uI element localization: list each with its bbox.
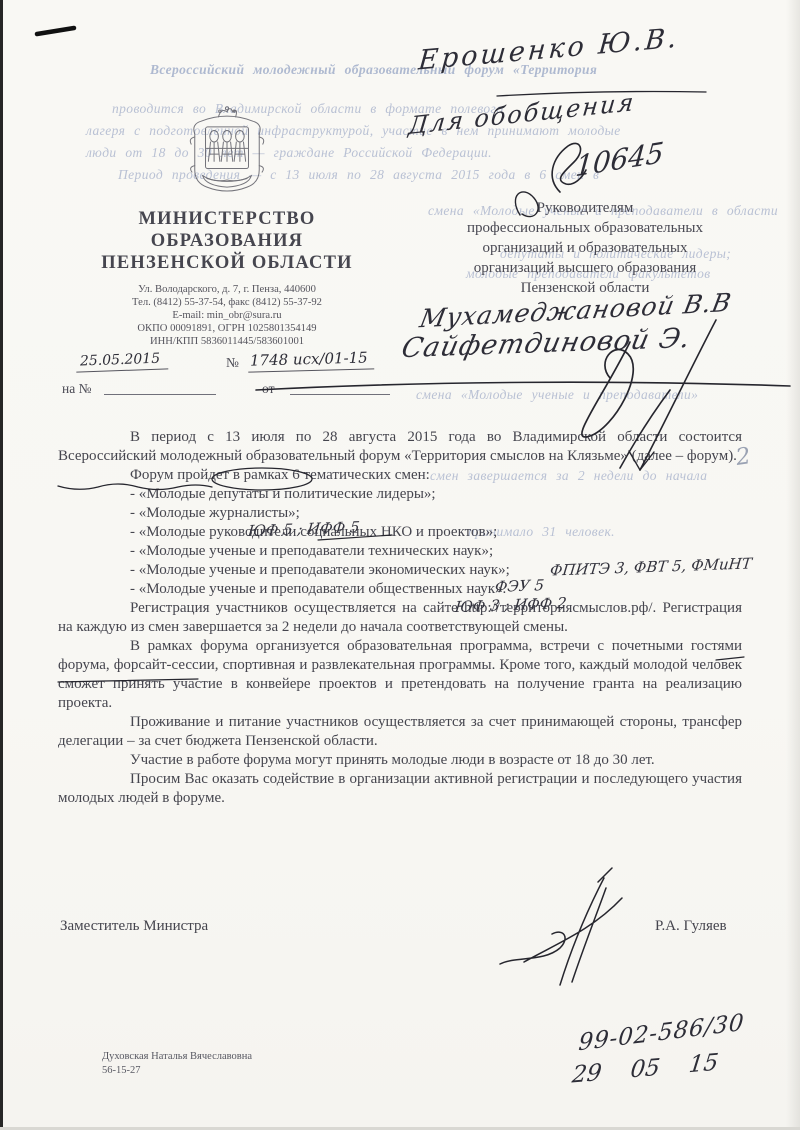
bleedthrough-fragment: смена «Молодые ученые и преподаватели» (416, 387, 698, 403)
handwritten-bottom-date: 29 05 15 (571, 1049, 720, 1088)
handwritten-margin-mark: 2 (734, 443, 752, 471)
handwritten-note-economic: ФЭУ 5 (494, 576, 545, 596)
org-address-line: Тел. (8412) 55-37-54, факс (8412) 55-37-… (62, 296, 392, 309)
ref-number-label: на № (62, 381, 91, 397)
handwritten-incoming-number: 10645 (574, 136, 665, 184)
minister-signature (500, 868, 622, 985)
ref-from-label: от (262, 381, 274, 397)
signer-position: Заместитель Министра (60, 918, 208, 935)
org-address-line: ОКПО 00091891, ОГРН 1025801354149 (62, 322, 392, 335)
body-paragraph: Регистрация участников осуществляется на… (58, 599, 742, 637)
body-paragraph: Просим Вас оказать содействие в организа… (58, 770, 742, 808)
org-address-line: ИНН/КПП 5836011445/583601001 (62, 335, 392, 348)
org-name-line: ОБРАЗОВАНИЯ (62, 230, 392, 252)
body-paragraph: - «Молодые руководители социальных НКО и… (58, 523, 742, 542)
executor-block: Духовская Наталья Вячеславовна 56-15-27 (102, 1050, 252, 1078)
recipient-line: организаций высшего образования (425, 258, 745, 278)
body-paragraph: - «Молодые ученые и преподаватели общест… (58, 580, 742, 599)
recipient-line: профессиональных образовательных (425, 218, 745, 238)
body-paragraph: Проживание и питание участников осуществ… (58, 713, 742, 751)
scan-edge-right (786, 0, 800, 1130)
handwritten-date: 25.05.2015 (76, 350, 169, 372)
ref-from-blank (290, 394, 390, 395)
number-sign-label: № (226, 355, 239, 371)
org-name-line: МИНИСТЕРСТВО (62, 208, 392, 230)
ref-number-blank (104, 394, 216, 395)
body-paragraph: Участие в работе форума могут принять мо… (58, 751, 742, 770)
recipient-line: организаций и образовательных (425, 238, 745, 258)
executor-phone: 56-15-27 (102, 1064, 252, 1078)
body-paragraph: В рамках форума организуется образовател… (58, 637, 742, 713)
body-paragraph: Форум пройдет в рамках 6 тематических см… (58, 466, 742, 485)
letter-body: В период с 13 июля по 28 августа 2015 го… (58, 428, 742, 808)
org-address-line: E-mail: min_obr@sura.ru (62, 309, 392, 322)
scanned-letter-page: Всероссийский молодежный образовательный… (0, 0, 800, 1130)
org-name-line: ПЕНЗЕНСКОЙ ОБЛАСТИ (62, 252, 392, 274)
scan-edge-left (0, 0, 3, 1130)
body-paragraph: - «Молодые журналисты»; (58, 504, 742, 523)
recipient-block: Руководителямпрофессиональных образовате… (425, 198, 745, 298)
letterhead: МИНИСТЕРСТВООБРАЗОВАНИЯПЕНЗЕНСКОЙ ОБЛАСТ… (62, 104, 392, 348)
org-address-line: Ул. Володарского, д. 7, г. Пенза, 440600 (62, 283, 392, 296)
signer-name: Р.А. Гуляев (655, 918, 727, 935)
reference-number-line: на № от (58, 381, 398, 401)
org-address: Ул. Володарского, д. 7, г. Пенза, 440600… (62, 283, 392, 348)
handwritten-outgoing-number: 1748 исх/01-15 (248, 348, 374, 372)
body-paragraph: - «Молодые депутаты и политические лидер… (58, 485, 742, 504)
penza-coat-of-arms-icon (184, 104, 270, 200)
recipient-line: Руководителям (425, 198, 745, 218)
handwritten-bottom-number: 99-02-586/30 (577, 1010, 745, 1057)
body-paragraph: В период с 13 июля по 28 августа 2015 го… (58, 428, 742, 466)
outgoing-number-line: 25.05.2015 № 1748 исх/01-15 (58, 352, 398, 374)
org-name: МИНИСТЕРСТВООБРАЗОВАНИЯПЕНЗЕНСКОЙ ОБЛАСТ… (62, 208, 392, 274)
black-dash-mark (37, 28, 74, 34)
executor-name: Духовская Наталья Вячеславовна (102, 1050, 252, 1064)
